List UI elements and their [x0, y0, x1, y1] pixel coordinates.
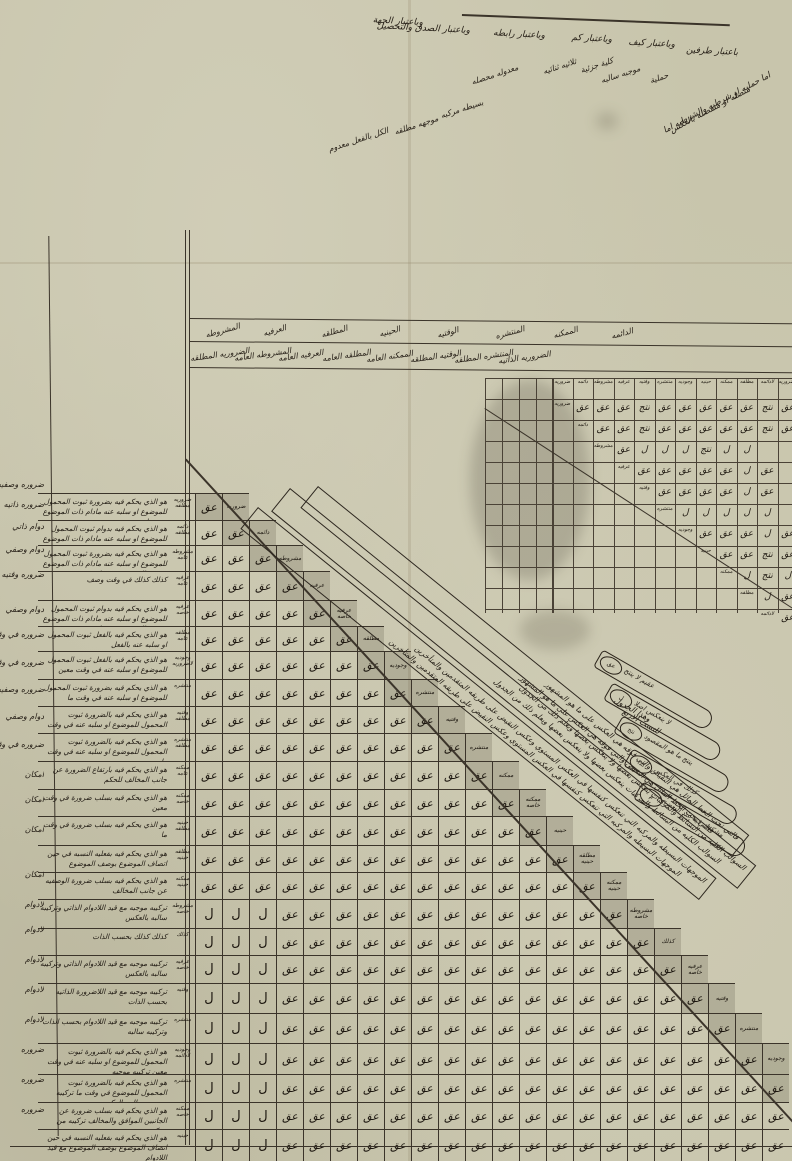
matrix-diagonal-label: منتشره	[735, 1013, 762, 1043]
ink-stain	[596, 112, 618, 130]
matrix-cell: عق	[681, 1043, 708, 1074]
upper-grid-cell: ل	[737, 445, 758, 455]
matrix-cell: عق	[357, 872, 384, 899]
definition-row: هو الذي يحكم فيه بدوام ثبوت المحمول للمو…	[38, 520, 170, 545]
matrix-cell: عق	[384, 789, 411, 816]
top-right-note-2: متصله او منفصله بالعكس	[668, 85, 752, 136]
matrix-cell: ل	[249, 1102, 276, 1129]
matrix-cell: عق	[384, 899, 411, 928]
grid-hline	[485, 609, 792, 610]
matrix-cell: عق	[384, 1129, 411, 1161]
matrix-cell: عق	[573, 983, 600, 1013]
header-band-cell: المطلقه	[320, 323, 348, 339]
grid-hline	[485, 588, 792, 589]
matrix-cell: عق	[627, 955, 654, 983]
header-band-cell: الوقتيه	[436, 325, 459, 339]
upper-grid-cell: عق	[696, 424, 717, 434]
header-band-cell: الممكنه	[552, 325, 579, 340]
definition-row: هو الذي يحكم فيه بسلب ضرورة في وقت ما	[38, 816, 170, 845]
matrix-cell: عق	[357, 789, 384, 816]
matrix-cell: عق	[573, 1074, 600, 1102]
header-band-cell: الحينيه	[378, 325, 401, 339]
matrix-cell: عق	[600, 1013, 627, 1043]
definition-row: هو الذي يحكم فيه بالضرورة ثبوت المحمول ل…	[38, 706, 170, 733]
matrix-cell: عق	[222, 571, 249, 600]
matrix-cell: عق	[222, 600, 249, 626]
matrix-cell: عق	[357, 955, 384, 983]
matrix-cell: عق	[276, 816, 303, 845]
matrix-cell: عق	[330, 1074, 357, 1102]
matrix-cell: عق	[303, 789, 330, 816]
matrix-cell: عق	[357, 679, 384, 706]
row-label: وجوديه لادائمه	[170, 1043, 195, 1074]
matrix-cell: عق	[357, 845, 384, 872]
matrix-cell: عق	[492, 789, 519, 816]
matrix-cell: عق	[330, 651, 357, 679]
row-label: مطلقه حينيه	[170, 845, 195, 872]
matrix-cell: عق	[384, 733, 411, 761]
row-label: منتشره مطلقه	[170, 733, 195, 761]
upper-grid-cell: عق	[778, 403, 792, 413]
definition-row: كذلك كذلك في وقت وصف	[38, 571, 170, 600]
header-band-cell: المشروطه	[204, 322, 240, 340]
matrix-cell: ل	[195, 983, 222, 1013]
matrix-cell: عق	[357, 1043, 384, 1074]
matrix-cell: عق	[681, 1129, 708, 1161]
upper-grid-row-label: دائمه	[573, 422, 594, 428]
matrix-cell: عق	[276, 1074, 303, 1102]
matrix-cell: ل	[222, 1102, 249, 1129]
upper-grid-header: مشروطه	[593, 380, 614, 385]
upper-grid-cell: عق	[778, 550, 792, 560]
upper-grid-cell: عق	[675, 403, 696, 413]
matrix-cell: عق	[303, 845, 330, 872]
matrix-cell: عق	[492, 1102, 519, 1129]
matrix-cell: عق	[600, 928, 627, 955]
matrix-cell: عق	[465, 899, 492, 928]
grid-hline	[485, 483, 792, 484]
definition-row: هو الذي يحكم فيه بضرورة ثبوت المحمول للم…	[38, 493, 170, 520]
row-label: حينيه مطلقه	[170, 816, 195, 845]
grid-vline	[573, 378, 574, 613]
matrix-cell: عق	[654, 1129, 681, 1161]
matrix-cell: عق	[330, 789, 357, 816]
matrix-cell: عق	[195, 571, 222, 600]
upper-grid-cell: عق	[737, 403, 758, 413]
row-label: عرفيه عامه	[170, 571, 195, 600]
grid-hline	[485, 399, 792, 400]
matrix-cell: عق	[465, 872, 492, 899]
matrix-cell: عق	[276, 761, 303, 789]
upper-grid-row-label: ضروريه	[552, 401, 573, 407]
grid-vline	[502, 378, 503, 613]
upper-grid-row-label: مشروطه	[593, 443, 614, 449]
row-label: منتشره	[170, 679, 195, 706]
matrix-cell: عق	[600, 955, 627, 983]
definition-row: هو الذي يحكم فيه بارتفاع الضرورة عن جانب…	[38, 761, 170, 789]
upper-grid-cell: ل	[634, 445, 655, 455]
definition-row: هو الذي يحكم فيه بسلب ضرورة الوصفيه عن ج…	[38, 872, 170, 899]
matrix-cell: عق	[519, 1043, 546, 1074]
upper-grid-cell: عق	[675, 487, 696, 497]
upper-grid-cell: عق	[593, 424, 614, 434]
margin-note: ضروره وصفيه	[0, 685, 44, 694]
matrix-cell: عق	[438, 1043, 465, 1074]
matrix-cell: ل	[195, 1129, 222, 1161]
matrix-cell: عق	[249, 706, 276, 733]
matrix-cell: ل	[195, 928, 222, 955]
matrix-cell: ل	[222, 1043, 249, 1074]
paper-fold-horizontal	[0, 262, 792, 264]
upper-grid-cell: عق	[573, 403, 594, 413]
matrix-cell: عق	[735, 1129, 762, 1161]
matrix-cell: عق	[276, 928, 303, 955]
row-label: ممكنه عامه	[170, 761, 195, 789]
matrix-cell: عق	[627, 1074, 654, 1102]
upper-grid-cell: عق	[696, 403, 717, 413]
matrix-cell: عق	[249, 571, 276, 600]
upper-grid-row-label: وجوديه	[675, 527, 696, 533]
matrix-cell: عق	[600, 983, 627, 1013]
upper-grid-header: حينيه	[696, 380, 717, 385]
matrix-cell: ل	[222, 899, 249, 928]
matrix-cell: عق	[357, 983, 384, 1013]
matrix-cell: عق	[519, 983, 546, 1013]
matrix-cell: عق	[357, 651, 384, 679]
matrix-cell: عق	[546, 955, 573, 983]
matrix-cell: عق	[249, 679, 276, 706]
upper-grid-cell: نتج	[757, 571, 778, 581]
matrix-cell: عق	[384, 928, 411, 955]
upper-grid-cell: عق	[716, 466, 737, 476]
definition-row: هو الذي يحكم فيه بفعليه النسبه في حين ات…	[38, 1129, 170, 1161]
upper-right-grid: ضروريهدائمهمشروطهعرفيهوقتيهمنتشرهوجوديهح…	[485, 378, 792, 613]
upper-grid-cell: عق	[757, 487, 778, 497]
matrix-cell: عق	[330, 733, 357, 761]
header-band-cell: المطلقه العامه	[322, 348, 372, 364]
margin-note: ضروره	[0, 1045, 44, 1054]
upper-grid-cell: ل	[675, 445, 696, 455]
header-band-bottom	[190, 367, 792, 373]
margin-note: دوام وصفي	[0, 712, 44, 721]
matrix-cell: عق	[411, 872, 438, 899]
upper-grid-cell: عق	[716, 550, 737, 560]
matrix-cell: عق	[519, 1013, 546, 1043]
row-label: حينيه	[170, 1129, 195, 1161]
definition-row: هو الذي يحكم فيه بفعليه النسبه في حين ات…	[38, 845, 170, 872]
matrix-cell: عق	[249, 626, 276, 651]
margin-note: دوام ذاتي	[0, 522, 44, 531]
matrix-cell: عق	[357, 899, 384, 928]
upper-grid-cell: عق	[675, 424, 696, 434]
upper-grid-cell: ل	[737, 466, 758, 476]
upper-grid-cell: ل	[696, 508, 717, 518]
matrix-cell: عق	[303, 816, 330, 845]
top-heading: باعتبار طرفين	[668, 44, 738, 58]
matrix-cell: عق	[303, 1043, 330, 1074]
matrix-cell: عق	[276, 733, 303, 761]
upper-grid-cell: عق	[675, 466, 696, 476]
matrix-cell: عق	[492, 872, 519, 899]
upper-grid-cell: ل	[757, 529, 778, 539]
grid-vline	[553, 378, 554, 613]
upper-grid-header: لاضروريه	[778, 380, 792, 385]
matrix-cell: ل	[249, 1129, 276, 1161]
matrix-cell: عق	[654, 1074, 681, 1102]
matrix-diagonal-label: وقتيه	[708, 983, 735, 1013]
matrix-cell: ل	[249, 1013, 276, 1043]
matrix-cell: عق	[195, 816, 222, 845]
definition-row: هو الذي يحكم فيه بالفعل ثبوت المحمول للم…	[38, 651, 170, 679]
upper-grid-header: دائمه	[573, 380, 594, 385]
matrix-cell: عق	[492, 1074, 519, 1102]
matrix-cell: عق	[195, 600, 222, 626]
matrix-cell: عق	[411, 1102, 438, 1129]
upper-grid-header: ممكنه	[716, 380, 737, 385]
margin-note: لادوام	[0, 900, 44, 909]
upper-grid-header: منتشره	[655, 380, 676, 385]
matrix-cell: عق	[276, 679, 303, 706]
top-heading: وباعتبار كيف	[605, 36, 675, 50]
upper-grid-cell: نتج	[757, 424, 778, 434]
matrix-cell: عق	[276, 845, 303, 872]
matrix-cell: عق	[654, 1043, 681, 1074]
matrix-cell: عق	[330, 679, 357, 706]
matrix-cell: عق	[330, 816, 357, 845]
matrix-cell: عق	[357, 816, 384, 845]
matrix-cell: عق	[195, 845, 222, 872]
header-band-cell: الممكنه العامه	[366, 348, 414, 363]
matrix-cell: عق	[546, 928, 573, 955]
upper-grid-header: لادائمه	[757, 380, 778, 385]
matrix-cell: عق	[573, 1013, 600, 1043]
matrix-cell: عق	[411, 733, 438, 761]
matrix-cell: عق	[465, 1074, 492, 1102]
matrix-cell: عق	[438, 928, 465, 955]
margin-note: لادوام	[0, 955, 44, 964]
matrix-cell: عق	[384, 1074, 411, 1102]
matrix-cell: عق	[303, 983, 330, 1013]
matrix-cell: عق	[465, 955, 492, 983]
row-label: كذلك	[170, 928, 195, 955]
matrix-cell: عق	[708, 1102, 735, 1129]
row-label: ممكنه حينيه	[170, 872, 195, 899]
matrix-cell: عق	[411, 899, 438, 928]
matrix-cell: عق	[465, 816, 492, 845]
matrix-cell: عق	[411, 761, 438, 789]
grid-vline	[519, 378, 520, 613]
upper-grid-cell: عق	[614, 403, 635, 413]
matrix-cell: عق	[573, 1043, 600, 1074]
matrix-cell: عق	[519, 1074, 546, 1102]
margin-note: ضروره وقتيه	[0, 570, 44, 579]
upper-grid-row-label: عرفيه	[614, 464, 635, 470]
definition-row: هو الذي يحكم فيه بالضرورة ثبوت المحمول ل…	[38, 1074, 170, 1102]
matrix-cell: عق	[330, 1102, 357, 1129]
matrix-cell: عق	[249, 761, 276, 789]
definition-row: تركيبه موجبه مع قيد اللادوام الذاتي وترك…	[38, 955, 170, 983]
row-label: مشروطه خاصه	[170, 899, 195, 928]
margin-note: امكان	[0, 770, 44, 779]
matrix-cell: عق	[384, 761, 411, 789]
grid-hline	[485, 546, 792, 547]
upper-grid-cell: ل	[737, 508, 758, 518]
upper-grid-cell: عق	[716, 424, 737, 434]
definition-row: هو الذي يحكم فيه بالضرورة ثبوت المحمول ل…	[38, 1043, 170, 1074]
matrix-cell: عق	[411, 1074, 438, 1102]
margin-note: ضروره في وقت	[0, 658, 44, 667]
matrix-cell: عق	[600, 1129, 627, 1161]
definition-row: هو الذي يحكم فيه بالضرورة ثبوت المحمول ل…	[38, 733, 170, 761]
upper-grid-row-label: وقتيه	[634, 485, 655, 491]
matrix-cell: عق	[438, 899, 465, 928]
matrix-cell: عق	[411, 1043, 438, 1074]
matrix-cell: عق	[519, 1129, 546, 1161]
matrix-cell: عق	[276, 1013, 303, 1043]
matrix-cell: عق	[519, 1102, 546, 1129]
row-label: دائمه مطلقه	[170, 520, 195, 545]
matrix-cell: عق	[438, 1074, 465, 1102]
upper-grid-cell: عق	[655, 466, 676, 476]
matrix-cell: عق	[438, 1129, 465, 1161]
definition-row: هو الذي يحكم فيه بضرورة ثبوت المحمول للم…	[38, 545, 170, 571]
definition-row: كذلك كذلك بحسب الذات	[38, 928, 170, 955]
definition-row: هو الذي يحكم فيه بسلب ضرورة في وقت معين	[38, 789, 170, 816]
matrix-cell: عق	[411, 928, 438, 955]
matrix-cell: عق	[573, 1129, 600, 1161]
margin-note: ضروره في وقت	[0, 630, 44, 639]
matrix-cell: ل	[249, 899, 276, 928]
upper-grid-cell: عق	[737, 424, 758, 434]
matrix-cell: عق	[492, 1043, 519, 1074]
matrix-cell: عق	[546, 1102, 573, 1129]
matrix-cell: عق	[546, 983, 573, 1013]
matrix-cell: ل	[222, 1129, 249, 1161]
row-label: وقتيه	[170, 983, 195, 1013]
row-label: منتشره	[170, 1013, 195, 1043]
grid-hline	[485, 462, 792, 463]
matrix-cell: عق	[600, 1102, 627, 1129]
matrix-cell: عق	[249, 651, 276, 679]
header-band-cell: الدائمه	[610, 326, 634, 340]
matrix-cell: ل	[249, 1074, 276, 1102]
matrix-cell: عق	[330, 1013, 357, 1043]
matrix-cell: عق	[573, 1102, 600, 1129]
matrix-cell: عق	[357, 928, 384, 955]
upper-grid-cell: نتج	[634, 403, 655, 413]
matrix-cell: عق	[330, 1129, 357, 1161]
matrix-diagonal-label: ممكنه خاصه	[519, 789, 546, 816]
matrix-cell: عق	[384, 706, 411, 733]
upper-grid-cell: ل	[737, 487, 758, 497]
grid-vline	[614, 378, 615, 613]
matrix-cell: عق	[492, 983, 519, 1013]
matrix-diagonal-label: وقتيه	[438, 706, 465, 733]
matrix-cell: عق	[195, 706, 222, 733]
matrix-cell: عق	[330, 983, 357, 1013]
definition-row: هو الذي يحكم فيه بالفعل ثبوت المحمول او …	[38, 626, 170, 651]
matrix-cell: عق	[573, 955, 600, 983]
matrix-cell: عق	[762, 1129, 789, 1161]
matrix-cell: عق	[735, 1074, 762, 1102]
definition-row: تركيبه موجبه مع قيد اللاضرورة الذاتيه بح…	[38, 983, 170, 1013]
upper-grid-cell: عق	[696, 529, 717, 539]
matrix-cell: عق	[276, 955, 303, 983]
upper-grid-cell: عق	[716, 403, 737, 413]
matrix-cell: عق	[195, 733, 222, 761]
matrix-cell: عق	[222, 626, 249, 651]
matrix-diagonal-label: مطلقه حينيه	[573, 845, 600, 872]
matrix-cell: ل	[222, 955, 249, 983]
matrix-cell: ل	[249, 928, 276, 955]
row-label: عرفيه خاصه	[170, 955, 195, 983]
upper-grid-cell: ل	[675, 508, 696, 518]
matrix-cell: عق	[357, 761, 384, 789]
matrix-cell: عق	[330, 845, 357, 872]
matrix-cell: عق	[249, 816, 276, 845]
matrix-diagonal-label: منتشره	[465, 733, 492, 761]
grid-hline	[485, 567, 792, 568]
matrix-cell: عق	[411, 1013, 438, 1043]
upper-grid-cell: نتج	[696, 445, 717, 455]
matrix-cell: عق	[303, 928, 330, 955]
matrix-cell: عق	[222, 651, 249, 679]
matrix-cell: عق	[303, 761, 330, 789]
matrix-cell: عق	[222, 845, 249, 872]
upper-grid-cell: عق	[716, 529, 737, 539]
matrix-cell: عق	[357, 733, 384, 761]
matrix-cell: عق	[681, 1013, 708, 1043]
upper-grid-cell: ل	[655, 445, 676, 455]
margin-note: لادوام	[0, 925, 44, 934]
matrix-cell: عق	[330, 761, 357, 789]
matrix-cell: عق	[195, 872, 222, 899]
matrix-cell: عق	[303, 679, 330, 706]
matrix-cell: عق	[438, 761, 465, 789]
matrix-cell: عق	[546, 1129, 573, 1161]
matrix-diagonal-label: حينيه	[546, 816, 573, 845]
matrix-cell: عق	[492, 899, 519, 928]
matrix-cell: عق	[438, 816, 465, 845]
matrix-cell: عق	[735, 1043, 762, 1074]
matrix-cell: عق	[708, 1074, 735, 1102]
matrix-cell: عق	[384, 1043, 411, 1074]
matrix-cell: عق	[384, 1013, 411, 1043]
matrix-cell: عق	[222, 872, 249, 899]
matrix-cell: عق	[438, 1013, 465, 1043]
matrix-cell: ل	[195, 1013, 222, 1043]
matrix-cell: ل	[195, 1102, 222, 1129]
matrix-cell: عق	[195, 679, 222, 706]
upper-grid-cell: نتج	[757, 550, 778, 560]
matrix-cell: عق	[411, 955, 438, 983]
row-label: عرفيه خاصه	[170, 600, 195, 626]
matrix-cell: عق	[681, 983, 708, 1013]
matrix-cell: عق	[438, 789, 465, 816]
definition-row: تركيبه موجبه مع قيد اللادوام بحسب الذات …	[38, 1013, 170, 1043]
matrix-cell: عق	[627, 1013, 654, 1043]
matrix-cell: عق	[330, 955, 357, 983]
matrix-diagonal-label: كذلك	[654, 928, 681, 955]
row-label: مطلقه عامه	[170, 626, 195, 651]
top-heading: وباعتبار رابطه	[475, 27, 545, 41]
matrix-cell: عق	[357, 1129, 384, 1161]
matrix-cell: عق	[573, 899, 600, 928]
matrix-cell: ل	[222, 983, 249, 1013]
upper-grid-header: وجوديه	[675, 380, 696, 385]
matrix-cell: عق	[465, 1102, 492, 1129]
matrix-cell: عق	[708, 1043, 735, 1074]
